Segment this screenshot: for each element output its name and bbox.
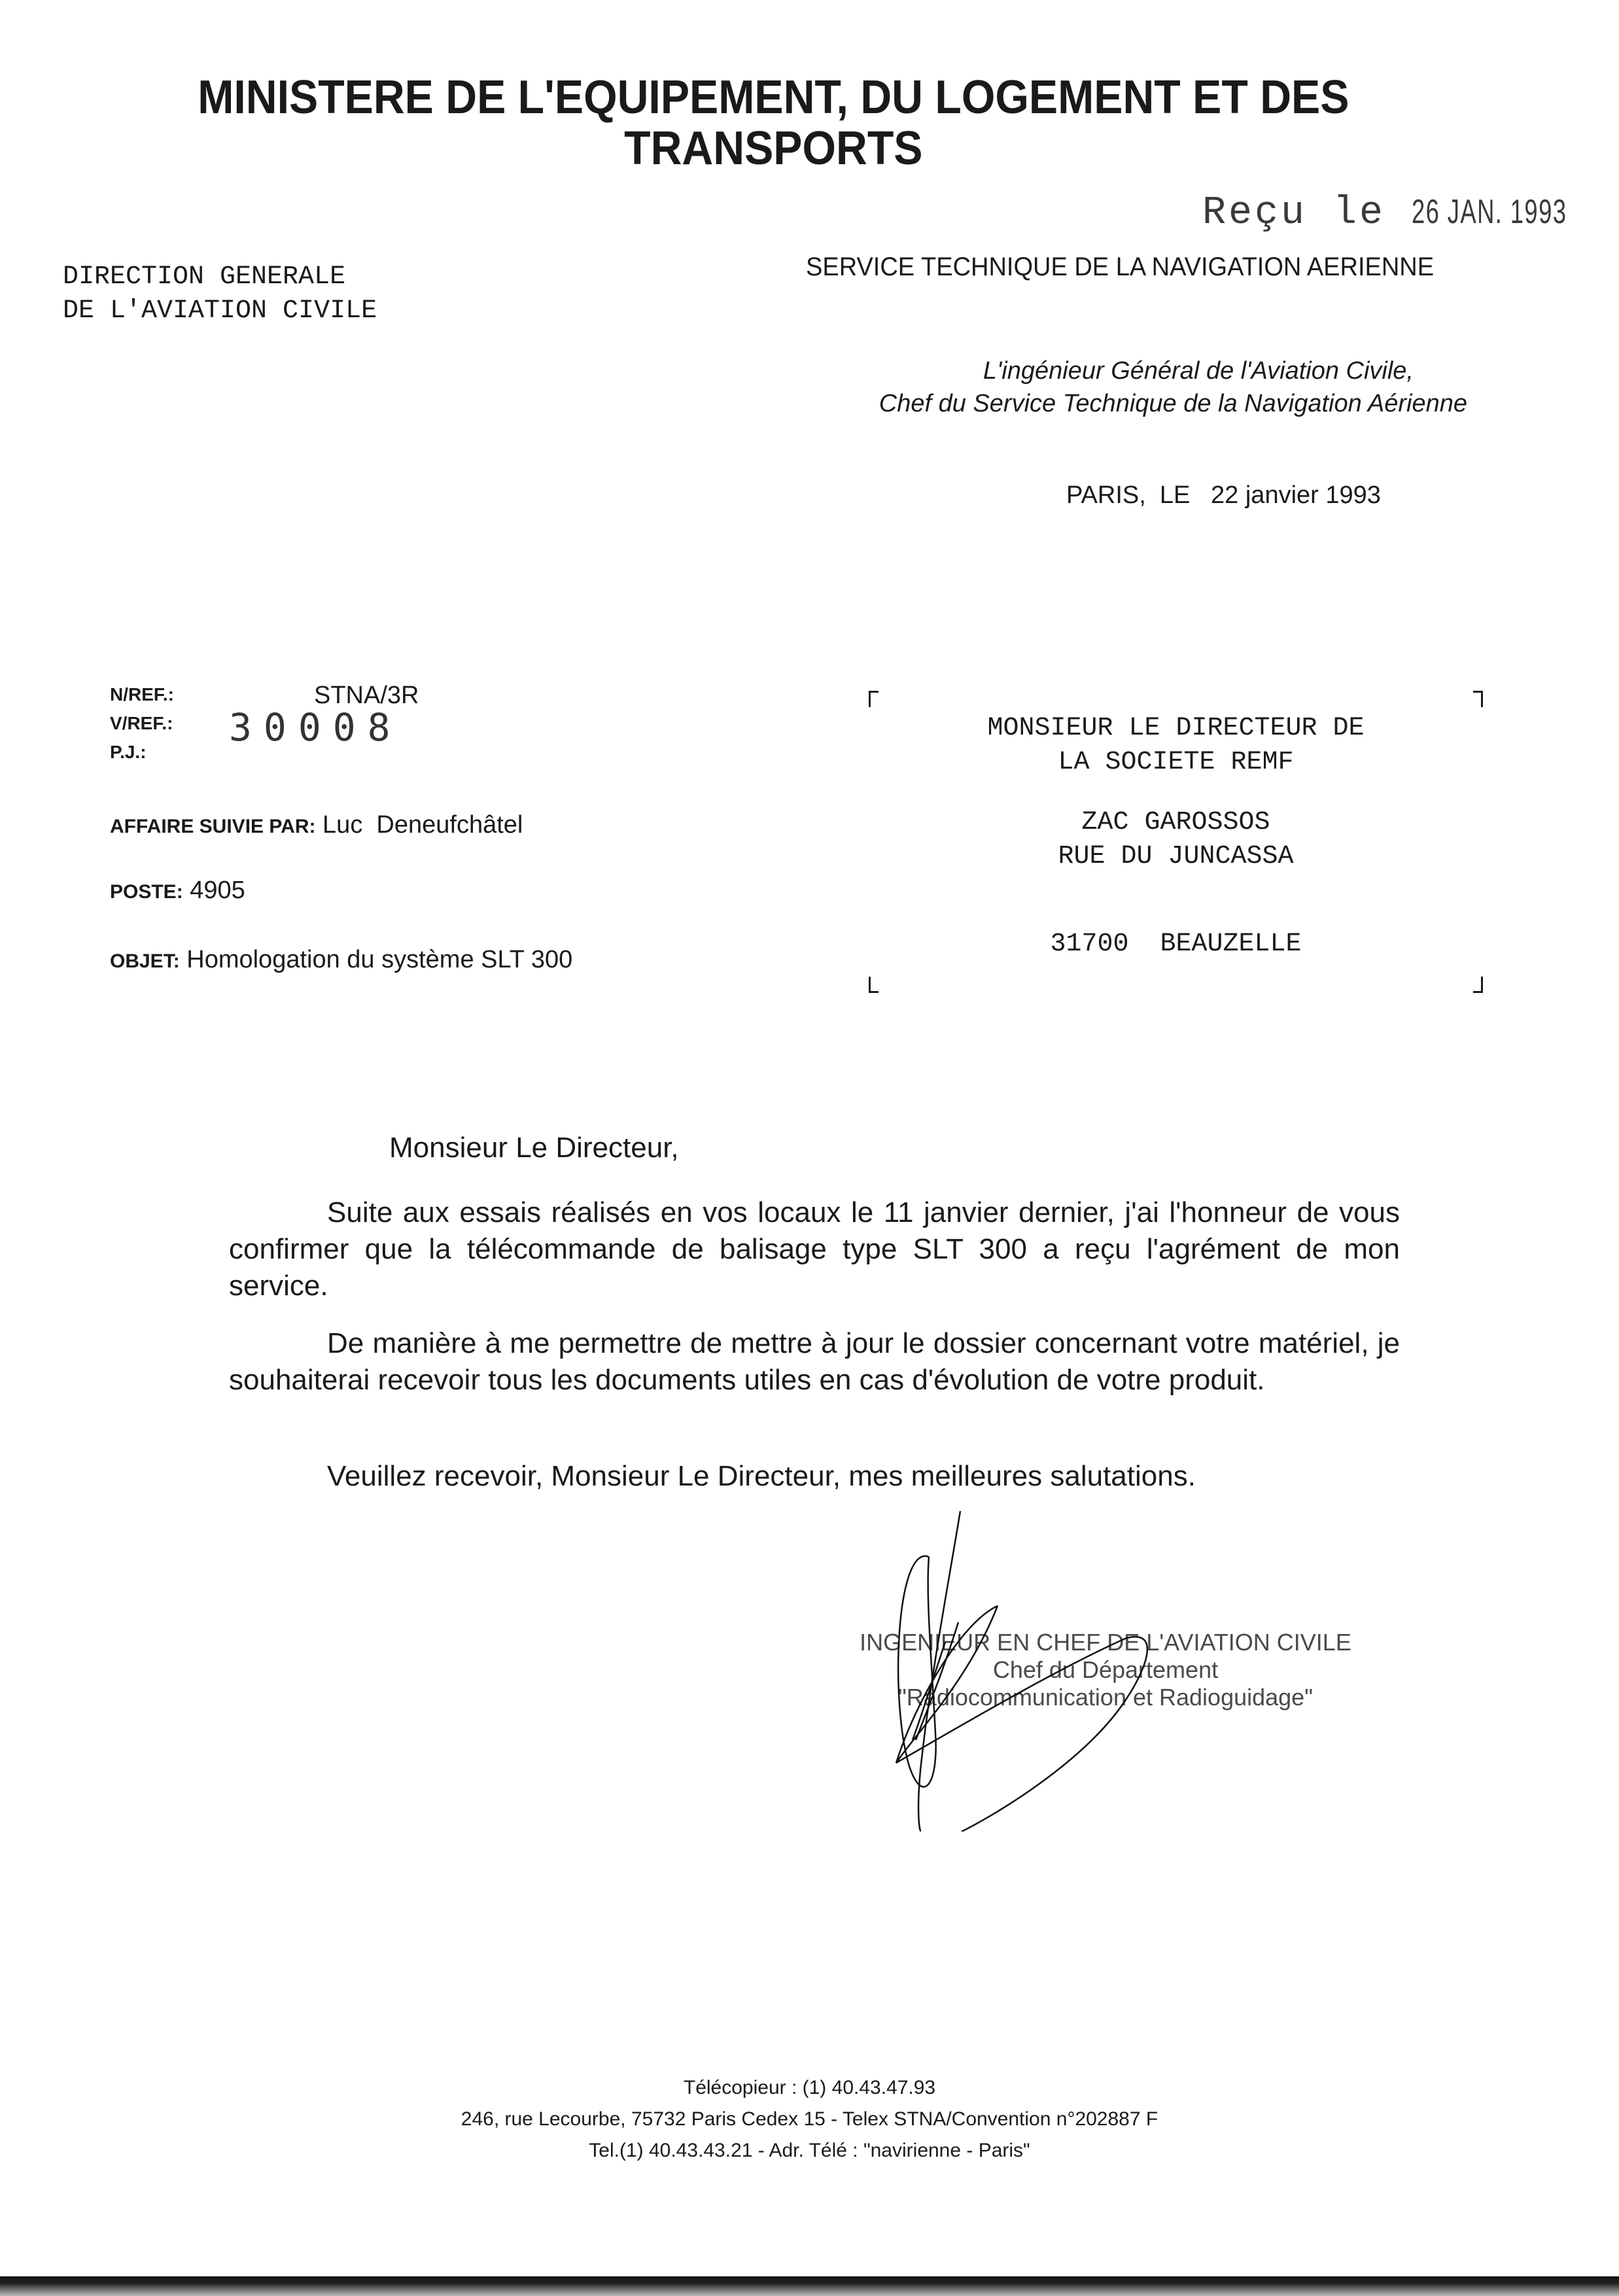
recipient-line1: MONSIEUR LE DIRECTEUR DE [863,712,1488,746]
poste: POSTE: 4905 [110,877,245,905]
corner-mark-icon [869,977,879,993]
reference-block: N/REF.: V/REF.: P.J.: [110,680,174,767]
scan-edge-band [0,2276,1619,2296]
corner-mark-icon [1473,977,1483,993]
pj-label: P.J.: [110,738,174,767]
poste-label: POSTE: [110,881,183,903]
recipient-name: MONSIEUR LE DIRECTEUR DE LA SOCIETE REMF [863,712,1488,780]
footer-phone: Tel.(1) 40.43.43.21 - Adr. Télé : "navir… [0,2135,1619,2166]
service-name: SERVICE TECHNIQUE DE LA NAVIGATION AERIE… [806,252,1434,282]
ministry-heading: MINISTERE DE L'EQUIPEMENT, DU LOGEMENT E… [61,72,1551,174]
corner-mark-icon [869,691,879,707]
sender-title-line1: L'ingénieur Général de l'Aviation Civile… [803,355,1467,387]
poste-value: 4905 [190,877,245,904]
affaire-suivie: AFFAIRE SUIVIE PAR: Luc Deneufchâtel [110,811,523,839]
footer-fax: Télécopieur : (1) 40.43.47.93 [0,2072,1619,2104]
paragraph-2-text: De manière à me permettre de mettre à jo… [229,1327,1400,1396]
footer: Télécopieur : (1) 40.43.47.93 246, rue L… [0,2072,1619,2166]
objet: OBJET: Homologation du système SLT 300 [110,942,607,979]
direction-line2: DE L'AVIATION CIVILE [63,294,377,328]
recipient-city: 31700 BEAUZELLE [863,928,1488,962]
handwritten-signature-icon [785,1505,1439,1832]
received-stamp-date: 26 JAN. 1993 [1412,192,1567,232]
sender-title-line2: Chef du Service Technique de la Navigati… [803,387,1467,420]
place-date: PARIS, LE 22 janvier 1993 [1066,481,1381,510]
ministry-heading-line2: TRANSPORTS [0,123,1551,174]
received-stamp-prefix: Reçu le [1202,191,1385,235]
objet-label: OBJET: [110,950,180,972]
recipient-line4: RUE DU JUNCASSA [863,840,1488,874]
recipient-address: MONSIEUR LE DIRECTEUR DE LA SOCIETE REMF… [863,688,1488,996]
affaire-label: AFFAIRE SUIVIE PAR: [110,816,315,837]
n-ref-label: N/REF.: [110,680,174,709]
affaire-value: Luc Deneufchâtel [322,811,523,839]
paragraph-1: Suite aux essais réalisés en vos locaux … [229,1194,1400,1304]
paragraph-1-text: Suite aux essais réalisés en vos locaux … [229,1196,1400,1302]
recipient-line2: LA SOCIETE REMF [863,746,1488,780]
v-ref-stamp: 30008 [229,705,402,750]
ministry-heading-line1: MINISTERE DE L'EQUIPEMENT, DU LOGEMENT E… [0,72,1551,123]
recipient-line5: 31700 BEAUZELLE [863,928,1488,962]
corner-mark-icon [1473,691,1483,707]
recipient-street: ZAC GAROSSOS RUE DU JUNCASSA [863,806,1488,874]
recipient-line3: ZAC GAROSSOS [863,806,1488,840]
sender-title: L'ingénieur Général de l'Aviation Civile… [803,355,1467,420]
objet-value: Homologation du système SLT 300 [186,946,572,973]
salutation: Monsieur Le Directeur, [389,1132,679,1164]
closing-formula: Veuillez recevoir, Monsieur Le Directeur… [327,1460,1196,1493]
direction-line1: DIRECTION GENERALE [63,260,377,294]
v-ref-label: V/REF.: [110,709,174,738]
received-stamp: Reçu le 26 JAN. 1993 [1202,191,1619,235]
footer-address: 246, rue Lecourbe, 75732 Paris Cedex 15 … [0,2104,1619,2135]
paragraph-2: De manière à me permettre de mettre à jo… [229,1325,1400,1399]
direction-generale: DIRECTION GENERALE DE L'AVIATION CIVILE [63,260,377,328]
